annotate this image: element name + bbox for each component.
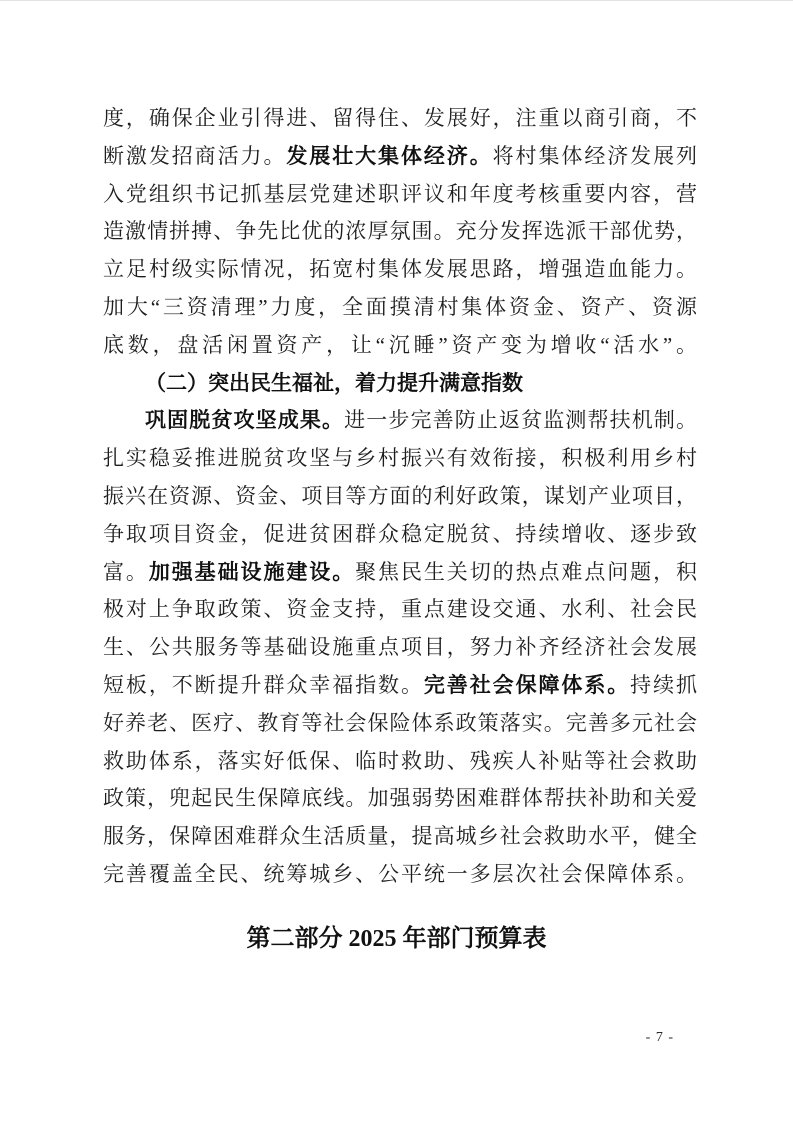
text-run: 救助体系，落实好低保、临时救助、残疾人补贴等社会救助 — [103, 749, 697, 773]
body-line: 巩固脱贫攻坚成果。进一步完善防止返贫监测帮扶机制。 — [103, 402, 697, 440]
bold-run: 巩固脱贫攻坚成果。 — [145, 408, 344, 432]
body-line: 加大“三资清理”力度，全面摸清村集体资金、资产、资源 — [103, 289, 697, 327]
text-run: 立足村级实际情况，拓宽村集体发展思路，增强造血能力。 — [103, 257, 697, 281]
text-run: 完善覆盖全民、统筹城乡、公平统一多层次社会保障体系。 — [103, 862, 697, 886]
document-body: 度，确保企业引得进、留得住、发展好，注重以商引商，不断激发招商活力。发展壮大集体… — [103, 100, 697, 894]
bold-run: 发展壮大集体经济。 — [286, 144, 492, 168]
text-run: 聚焦民生关切的热点难点问题，积 — [355, 560, 697, 584]
body-line: 断激发招商活力。发展壮大集体经济。将村集体经济发展列 — [103, 138, 697, 176]
text-run: 服务，保障困难群众生活质量，提高城乡社会救助水平，健全 — [103, 824, 697, 848]
text-run: 底数，盘活闲置资产，让“沉睡”资产变为增收“活水”。 — [103, 333, 697, 357]
text-run: 度，确保企业引得进、留得住、发展好，注重以商引商，不 — [103, 106, 697, 130]
body-line: 短板，不断提升群众幸福指数。完善社会保障体系。持续抓 — [103, 667, 697, 705]
text-run: 入党组织书记抓基层党建述职评议和年度考核重要内容，营 — [103, 182, 697, 206]
text-run: 加大“三资清理”力度，全面摸清村集体资金、资产、资源 — [103, 295, 697, 319]
text-run: 将村集体经济发展列 — [493, 144, 697, 168]
subsection-heading: （二）突出民生福祉，着力提升满意指数 — [103, 365, 697, 403]
text-run: 极对上争取政策、资金支持，重点建设交通、水利、社会民 — [103, 597, 697, 621]
body-line: 好养老、医疗、教育等社会保险体系政策落实。完善多元社会 — [103, 705, 697, 743]
body-line: 政策，兜起民生保障底线。加强弱势困难群体帮扶补助和关爱 — [103, 780, 697, 818]
bold-run: 完善社会保障体系。 — [424, 673, 630, 697]
text-run: 进一步完善防止返贫监测帮扶机制。 — [344, 408, 697, 432]
text-run: 造激情拼搏、争先比优的浓厚氛围。充分发挥选派干部优势， — [103, 219, 697, 243]
body-line: 造激情拼搏、争先比优的浓厚氛围。充分发挥选派干部优势， — [103, 213, 697, 251]
body-line: 服务，保障困难群众生活质量，提高城乡社会救助水平，健全 — [103, 818, 697, 856]
body-line: 振兴在资源、资金、项目等方面的利好政策，谋划产业项目， — [103, 478, 697, 516]
body-line: 极对上争取政策、资金支持，重点建设交通、水利、社会民 — [103, 591, 697, 629]
body-line: 扎实稳妥推进脱贫攻坚与乡村振兴有效衔接，积极利用乡村 — [103, 440, 697, 478]
part-two-heading: 第二部分 2025 年部门预算表 — [0, 920, 793, 958]
body-line: 争取项目资金，促进贫困群众稳定脱贫、持续增收、逐步致 — [103, 516, 697, 554]
body-line: 立足村级实际情况，拓宽村集体发展思路，增强造血能力。 — [103, 251, 697, 289]
body-line: 底数，盘活闲置资产，让“沉睡”资产变为增收“活水”。 — [103, 327, 697, 365]
text-run: 持续抓 — [630, 673, 697, 697]
body-line: 救助体系，落实好低保、临时救助、残疾人补贴等社会救助 — [103, 743, 697, 781]
text-run: 扎实稳妥推进脱贫攻坚与乡村振兴有效衔接，积极利用乡村 — [103, 446, 697, 470]
body-line: 入党组织书记抓基层党建述职评议和年度考核重要内容，营 — [103, 176, 697, 214]
text-run: 振兴在资源、资金、项目等方面的利好政策，谋划产业项目， — [103, 484, 697, 508]
body-line: 完善覆盖全民、统筹城乡、公平统一多层次社会保障体系。 — [103, 856, 697, 894]
text-run: 断激发招商活力。 — [103, 144, 286, 168]
text-run: 争取项目资金，促进贫困群众稳定脱贫、持续增收、逐步致 — [103, 522, 697, 546]
bold-run: （二）突出民生福祉，着力提升满意指数 — [145, 371, 523, 395]
body-line: 生、公共服务等基础设施重点项目，努力补齐经济社会发展 — [103, 629, 697, 667]
text-run: 短板，不断提升群众幸福指数。 — [103, 673, 424, 697]
text-run: 好养老、医疗、教育等社会保险体系政策落实。完善多元社会 — [103, 711, 697, 735]
text-run: 政策，兜起民生保障底线。加强弱势困难群体帮扶补助和关爱 — [103, 786, 697, 810]
page-number: - 7 - — [646, 1029, 674, 1047]
bold-run: 加强基础设施建设。 — [149, 560, 355, 584]
body-line: 富。加强基础设施建设。聚焦民生关切的热点难点问题，积 — [103, 554, 697, 592]
text-run: 富。 — [103, 560, 149, 584]
body-line: 度，确保企业引得进、留得住、发展好，注重以商引商，不 — [103, 100, 697, 138]
text-run: 生、公共服务等基础设施重点项目，努力补齐经济社会发展 — [103, 635, 697, 659]
document-page: 度，确保企业引得进、留得住、发展好，注重以商引商，不断激发招商活力。发展壮大集体… — [0, 0, 793, 1123]
